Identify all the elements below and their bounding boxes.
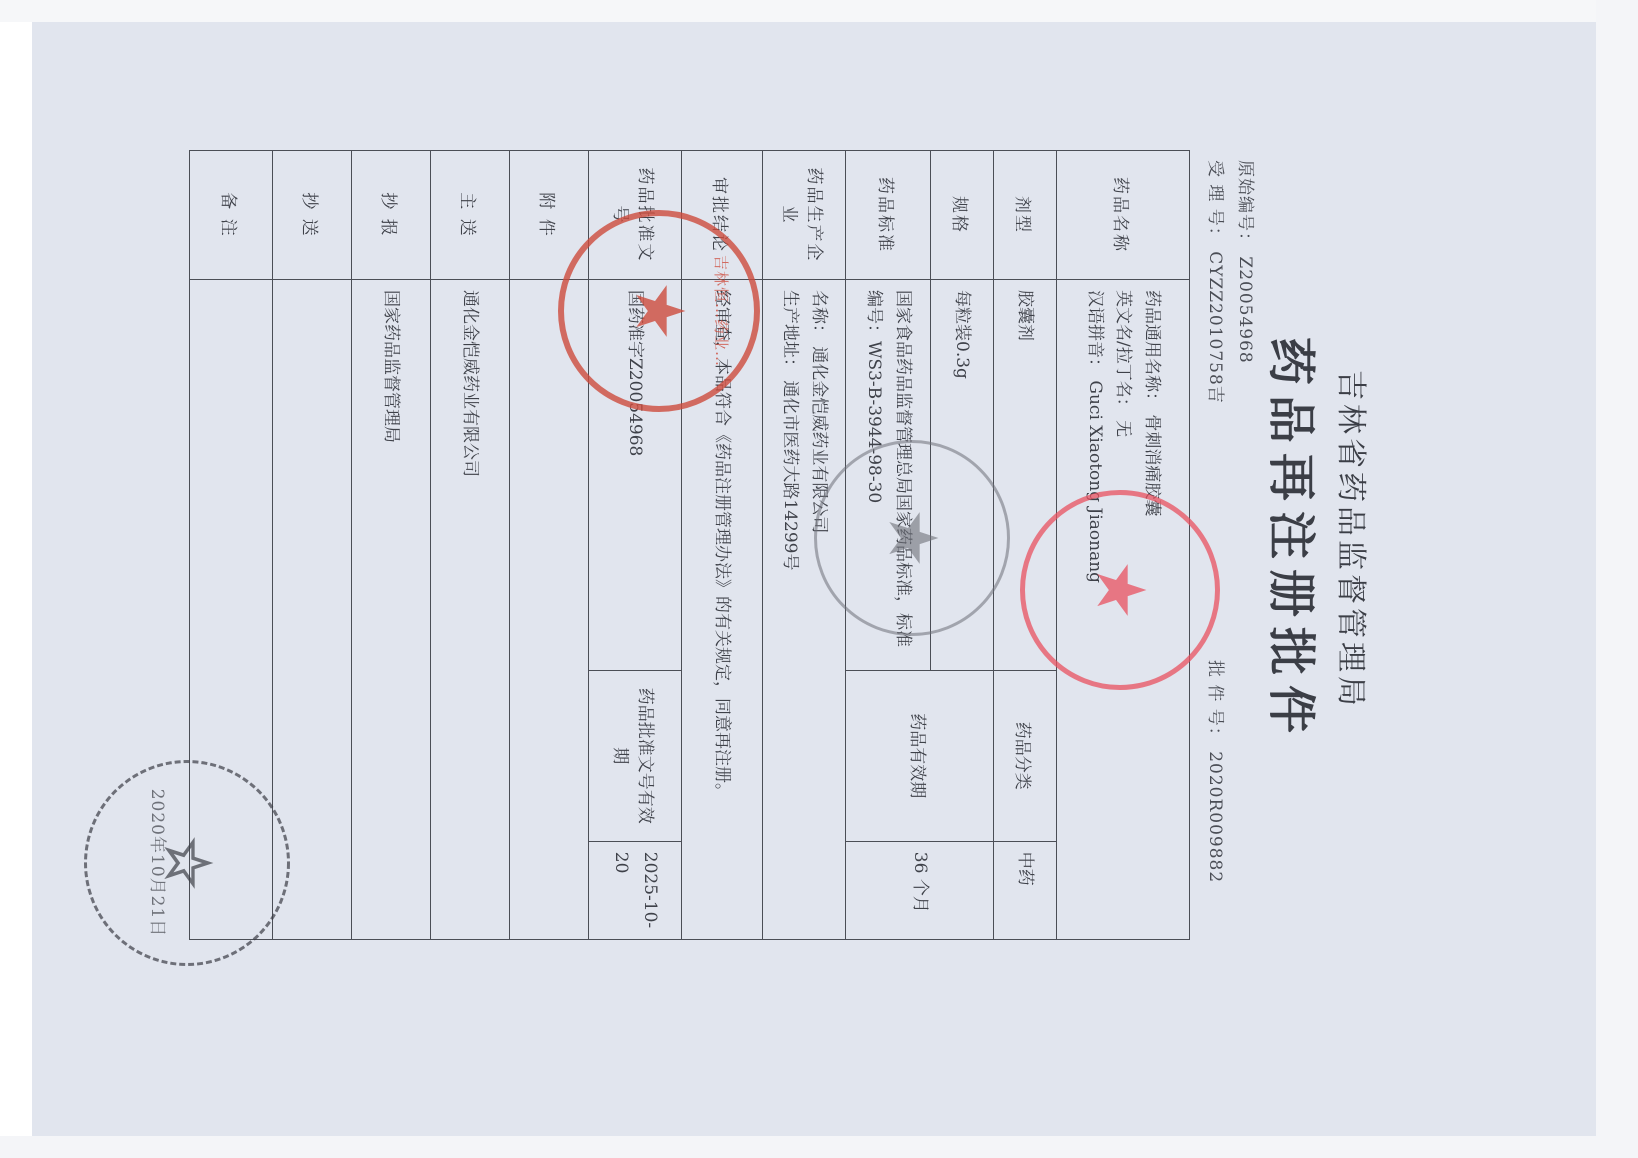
star-icon: ★ xyxy=(882,511,942,565)
manufacturer-name: 名称： 通化金恺威药业有限公司 xyxy=(804,290,833,929)
validity-label: 药品有效期 xyxy=(846,670,994,841)
company-seal-text: 吉林恒…药业… xyxy=(711,216,732,406)
table-row-cc: 抄 送 xyxy=(273,151,352,940)
manufacturer-values: 名称： 通化金恺威药业有限公司 生产地址： 通化市医药大路14299号 xyxy=(763,280,846,940)
manufacturer-label: 药品生产企业 xyxy=(763,151,846,280)
original-number: 原始编号： Z20054968 xyxy=(1235,160,1260,364)
original-number-value: Z20054968 xyxy=(1235,256,1255,363)
company-red-seal: 吉林恒…药业… ★ xyxy=(558,210,760,412)
seal-date: 2020年10月21日 xyxy=(147,763,172,963)
scan-edge-top xyxy=(0,0,1638,22)
main-recipient-value: 通化金恺威药业有限公司 xyxy=(431,280,510,940)
approval-doc-number-value: 2020R009882 xyxy=(1205,751,1225,883)
category-value: 中药 xyxy=(994,841,1057,939)
report-to-value: 国家药品监督管理局 xyxy=(352,280,431,940)
standard-label: 药品标准 xyxy=(846,151,931,280)
validity-value: 36 个月 xyxy=(846,841,994,939)
drug-name-label: 药品名称 xyxy=(1057,151,1190,280)
acceptance-number-label: 受 理 号： xyxy=(1205,160,1225,245)
gray-seal: ★ xyxy=(814,440,1010,636)
table-row-main-recipient: 主 送 通化金恺威药业有限公司 xyxy=(431,151,510,940)
official-red-seal: ★ xyxy=(1020,490,1220,690)
acceptance-number: 受 理 号： CYZZ2010758吉 xyxy=(1205,160,1230,404)
attachment-value xyxy=(510,280,589,940)
scan-edge-right xyxy=(1596,0,1638,1158)
report-to-label: 抄 报 xyxy=(352,151,431,280)
star-icon: ★ xyxy=(1090,563,1150,617)
cc-label: 抄 送 xyxy=(273,151,352,280)
registration-approval-document: 吉林省药品监督管理局 药品再注册批件 原始编号： Z20054968 受 理 号… xyxy=(0,40,1390,1040)
approval-validity-label: 药品批准文号有效期 xyxy=(589,670,682,841)
approval-doc-number: 批 件 号： 2020R009882 xyxy=(1205,660,1230,883)
original-number-label: 原始编号： xyxy=(1235,160,1255,250)
issuing-authority: 吉林省药品监督管理局 xyxy=(1332,40,1376,1040)
document-title: 药品再注册批件 xyxy=(1261,40,1330,1040)
spec-label: 规格 xyxy=(931,151,994,280)
star-icon: ★ xyxy=(629,284,689,338)
approval-validity-value: 2025-10-20 xyxy=(589,841,682,939)
manufacturer-address: 生产地址： 通化市医药大路14299号 xyxy=(775,290,804,929)
category-label: 药品分类 xyxy=(994,670,1057,841)
acceptance-number-value: CYZZ2010758吉 xyxy=(1205,251,1225,404)
approval-doc-number-label: 批 件 号： xyxy=(1205,660,1225,745)
remarks-label: 备 注 xyxy=(190,151,273,280)
main-recipient-label: 主 送 xyxy=(431,151,510,280)
dosage-form-label: 剂型 xyxy=(994,151,1057,280)
table-row-report-to: 抄 报 国家药品监督管理局 xyxy=(352,151,431,940)
scan-edge-bottom xyxy=(0,1136,1638,1158)
date-seal: ☆ 2020年10月21日 xyxy=(84,760,290,966)
